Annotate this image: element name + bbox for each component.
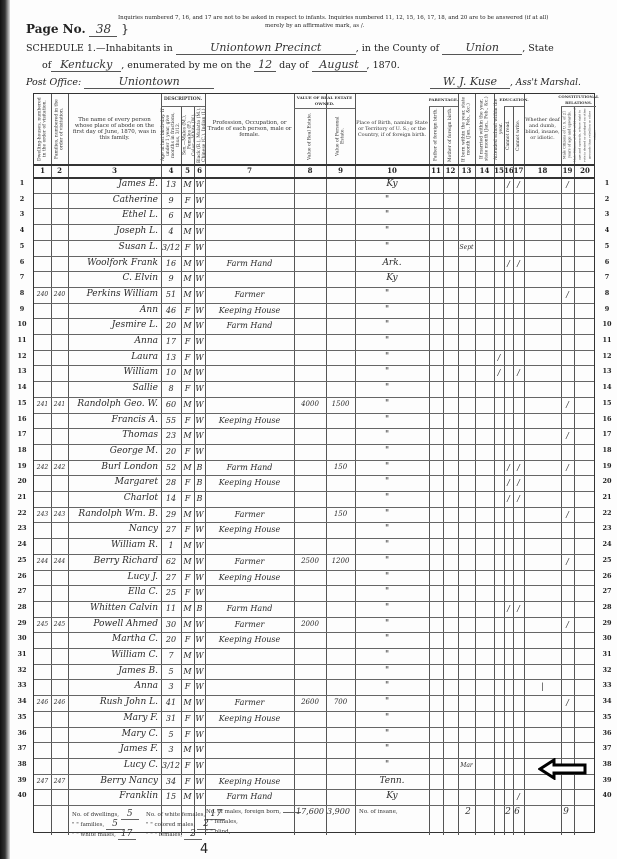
person-name: Powell Ahmed	[68, 617, 161, 632]
real-estate-value	[294, 350, 326, 365]
attended-school	[494, 522, 504, 537]
attended-school	[494, 554, 504, 569]
person-name: Nancy	[68, 522, 161, 537]
dwelling-number	[34, 444, 51, 459]
line-number-right: 34	[596, 694, 617, 709]
born-month	[458, 554, 475, 569]
col-head-vote-denied: Male Citizens of U. S. of 21 years of ag…	[574, 106, 596, 164]
sex: F	[181, 444, 194, 459]
line-number-left: 11	[11, 333, 33, 348]
line-number-right: 40	[596, 788, 617, 803]
column-number: 3	[68, 164, 161, 177]
sex: M	[181, 664, 194, 679]
line-number-right: 3	[596, 207, 617, 222]
dwelling-number	[34, 224, 51, 239]
group-head-parentage: PARENTAGE.	[429, 94, 458, 106]
cannot-read: /	[504, 475, 513, 490]
citizen-mark	[561, 334, 574, 349]
cannot-read	[504, 774, 513, 789]
dwelling-number: 241	[34, 397, 51, 412]
disability	[524, 350, 561, 365]
state-label: , State	[522, 43, 553, 54]
born-month	[458, 507, 475, 522]
disability	[524, 570, 561, 585]
born-month	[458, 538, 475, 553]
day-of-label: day of	[279, 60, 308, 71]
summary-blind: " " blind,	[206, 829, 230, 835]
born-month	[458, 444, 475, 459]
disability	[524, 177, 561, 192]
line-number-left: 24	[11, 537, 33, 552]
sex: M	[181, 601, 194, 616]
cannot-read: /	[504, 256, 513, 271]
color: W	[194, 554, 205, 569]
birthplace: "	[355, 522, 429, 537]
line-number-right: 9	[596, 302, 617, 317]
personal-estate-value	[326, 318, 355, 333]
personal-estate-value	[326, 679, 355, 694]
page-no-value: 38	[89, 22, 117, 37]
age: 27	[161, 570, 181, 585]
citizen-mark	[561, 522, 574, 537]
dwelling-number	[34, 491, 51, 506]
line-number-left: 39	[11, 773, 33, 788]
white-males-value: 17	[118, 829, 136, 840]
line-number-right: 28	[596, 600, 617, 615]
sex: F	[181, 632, 194, 647]
age: 34	[161, 774, 181, 789]
real-estate-value	[294, 742, 326, 757]
occupation: Keeping House	[205, 413, 294, 428]
col-head-born-within-year: If born within the year, state month (Ja…	[458, 94, 475, 164]
line-number-left: 12	[11, 349, 33, 364]
col-head-mother-foreign: Mother of foreign birth.	[443, 106, 458, 164]
personal-estate-value	[326, 789, 355, 804]
summary-col17: 6	[513, 807, 521, 817]
disability	[524, 193, 561, 208]
disability	[524, 397, 561, 412]
cannot-write	[513, 208, 524, 223]
age: 13	[161, 177, 181, 192]
age: 46	[161, 303, 181, 318]
dwelling-number	[34, 601, 51, 616]
person-name: William	[68, 365, 161, 380]
cannot-read	[504, 318, 513, 333]
birthplace: "	[355, 570, 429, 585]
col-head-attended-school: Attended school within the year.	[494, 94, 504, 164]
dwelling-number	[34, 240, 51, 255]
sex: M	[181, 208, 194, 223]
line-number-right: 16	[596, 412, 617, 427]
sex: F	[181, 350, 194, 365]
dwelling-number	[34, 758, 51, 773]
sex: M	[181, 256, 194, 271]
occupation	[205, 758, 294, 773]
attended-school	[494, 774, 504, 789]
census-table: Dwelling-houses, numbered in the order o…	[33, 93, 595, 833]
cannot-read	[504, 350, 513, 365]
blind-label: " " blind,	[206, 829, 230, 835]
dwelling-number	[34, 271, 51, 286]
line-number-right: 10	[596, 317, 617, 332]
cannot-read	[504, 271, 513, 286]
citizen-mark	[561, 742, 574, 757]
color: W	[194, 570, 205, 585]
born-month	[458, 318, 475, 333]
disability	[524, 365, 561, 380]
attended-school	[494, 570, 504, 585]
disability	[524, 695, 561, 710]
line-number-right: 38	[596, 757, 617, 772]
family-number	[51, 224, 68, 239]
personal-estate-value: 150	[326, 507, 355, 522]
citizen-mark: /	[561, 177, 574, 192]
line-number-left: 35	[11, 710, 33, 725]
cannot-read	[504, 570, 513, 585]
cannot-write	[513, 648, 524, 663]
insane-label: No. of insane,	[359, 809, 398, 815]
born-month	[458, 334, 475, 349]
cannot-write: /	[513, 475, 524, 490]
person-name: Ella C.	[68, 585, 161, 600]
born-month	[458, 711, 475, 726]
real-estate-value	[294, 648, 326, 663]
person-name: Ethel L.	[68, 208, 161, 223]
person-name: Perkins William	[68, 287, 161, 302]
day-value: 12	[254, 58, 276, 72]
personal-estate-value	[326, 774, 355, 789]
occupation: Farm Hand	[205, 256, 294, 271]
attended-school	[494, 601, 504, 616]
dwelling-number: 247	[34, 774, 51, 789]
attended-school	[494, 758, 504, 773]
disability	[524, 617, 561, 632]
occupation: Farm Hand	[205, 789, 294, 804]
line-number-right: 33	[596, 678, 617, 693]
citizen-mark	[561, 365, 574, 380]
row-divider	[34, 805, 594, 806]
month-value: August	[312, 58, 367, 72]
sex: F	[181, 491, 194, 506]
family-number: 247	[51, 774, 68, 789]
line-number-left: 18	[11, 443, 33, 458]
occupation	[205, 271, 294, 286]
personal-estate-value	[326, 303, 355, 318]
column-number: 15	[494, 164, 504, 177]
col-head-name: The name of every person whose place of …	[68, 94, 161, 164]
personal-estate-value	[326, 570, 355, 585]
birthplace: "	[355, 585, 429, 600]
column-number: 11	[429, 164, 443, 177]
summary-colored-females: " " " females, 2	[146, 829, 202, 840]
person-name: Anna	[68, 334, 161, 349]
occupation	[205, 208, 294, 223]
column-number: 10	[355, 164, 429, 177]
col-head-dwelling: Dwelling-houses, numbered in the order o…	[34, 94, 51, 164]
cannot-write: /	[513, 601, 524, 616]
cannot-write	[513, 711, 524, 726]
age: 60	[161, 397, 181, 412]
citizen-mark	[561, 303, 574, 318]
cannot-write	[513, 617, 524, 632]
attended-school	[494, 679, 504, 694]
disability	[524, 507, 561, 522]
occupation	[205, 334, 294, 349]
column-number: 16	[504, 164, 513, 177]
age: 27	[161, 522, 181, 537]
occupation	[205, 224, 294, 239]
person-name: Mary C.	[68, 727, 161, 742]
birthplace: "	[355, 428, 429, 443]
color: W	[194, 695, 205, 710]
occupation: Farmer	[205, 507, 294, 522]
real-estate-total: 17,600	[296, 807, 324, 816]
person-name: Laura	[68, 350, 161, 365]
age: 9	[161, 271, 181, 286]
dwelling-number	[34, 522, 51, 537]
sex: M	[181, 177, 194, 192]
real-estate-value	[294, 507, 326, 522]
sex: F	[181, 727, 194, 742]
cannot-read	[504, 303, 513, 318]
page-number: Page No. 38 }	[26, 22, 129, 37]
cannot-read	[504, 428, 513, 443]
schedule-label: SCHEDULE 1.—Inhabitants in	[26, 43, 173, 54]
birthplace: "	[355, 664, 429, 679]
summary-insane: No. of insane,	[359, 809, 398, 815]
personal-estate-value	[326, 585, 355, 600]
occupation: Keeping House	[205, 303, 294, 318]
family-number	[51, 271, 68, 286]
age: 51	[161, 287, 181, 302]
age: 17	[161, 334, 181, 349]
line-number-right: 30	[596, 631, 617, 646]
cannot-read	[504, 617, 513, 632]
born-month	[458, 381, 475, 396]
cannot-read	[504, 240, 513, 255]
citizen-mark	[561, 350, 574, 365]
dwelling-number	[34, 350, 51, 365]
cannot-read	[504, 727, 513, 742]
attended-school: /	[494, 365, 504, 380]
birthplace: "	[355, 475, 429, 490]
cannot-read: /	[504, 491, 513, 506]
real-estate-value	[294, 208, 326, 223]
sex: M	[181, 507, 194, 522]
occupation	[205, 177, 294, 192]
sex: F	[181, 240, 194, 255]
color: W	[194, 444, 205, 459]
age: 11	[161, 601, 181, 616]
born-month	[458, 522, 475, 537]
cannot-write	[513, 193, 524, 208]
birthplace: "	[355, 224, 429, 239]
born-month	[458, 727, 475, 742]
birthplace: "	[355, 554, 429, 569]
born-month	[458, 475, 475, 490]
line-number-left: 9	[11, 302, 33, 317]
enumerated-label: , enumerated by me on the	[121, 60, 251, 71]
birthplace: "	[355, 679, 429, 694]
birthplace: Ark.	[355, 256, 429, 271]
birthplace: "	[355, 711, 429, 726]
born-month	[458, 570, 475, 585]
cannot-read: /	[504, 601, 513, 616]
county-value: Union	[442, 41, 522, 55]
age: 20	[161, 632, 181, 647]
cannot-read	[504, 444, 513, 459]
disability	[524, 334, 561, 349]
sex: M	[181, 428, 194, 443]
dwelling-number	[34, 193, 51, 208]
real-estate-value	[294, 491, 326, 506]
disability	[524, 208, 561, 223]
occupation	[205, 350, 294, 365]
line-number-left: 23	[11, 521, 33, 536]
real-estate-value: 2600	[294, 695, 326, 710]
birthplace: "	[355, 648, 429, 663]
sex: M	[181, 397, 194, 412]
citizen-mark	[561, 444, 574, 459]
personal-estate-value	[326, 365, 355, 380]
line-number-left: 26	[11, 569, 33, 584]
occupation: Farm Hand	[205, 318, 294, 333]
citizen-mark	[561, 413, 574, 428]
attended-school	[494, 397, 504, 412]
cannot-read: /	[504, 460, 513, 475]
person-name: Randolph Wm. B.	[68, 507, 161, 522]
color: W	[194, 381, 205, 396]
line-number-left: 19	[11, 459, 33, 474]
real-estate-value	[294, 522, 326, 537]
col-head-father-foreign: Father of foreign birth.	[429, 106, 443, 164]
line-number-right: 37	[596, 741, 617, 756]
color: W	[194, 664, 205, 679]
family-number	[51, 350, 68, 365]
attended-school	[494, 632, 504, 647]
column-number: 20	[574, 164, 596, 177]
birthplace: Ky	[355, 789, 429, 804]
personal-estate-value	[326, 632, 355, 647]
person-name: Ann	[68, 303, 161, 318]
disability	[524, 256, 561, 271]
attended-school: /	[494, 350, 504, 365]
real-estate-value	[294, 789, 326, 804]
born-month	[458, 679, 475, 694]
disability	[524, 742, 561, 757]
age: 8	[161, 381, 181, 396]
occupation: Farmer	[205, 617, 294, 632]
line-number-left: 38	[11, 757, 33, 772]
cannot-read	[504, 413, 513, 428]
cannot-read	[504, 208, 513, 223]
attended-school	[494, 208, 504, 223]
family-number	[51, 789, 68, 804]
color: W	[194, 208, 205, 223]
color: W	[194, 334, 205, 349]
column-number: 9	[326, 164, 355, 177]
color: W	[194, 240, 205, 255]
cannot-read	[504, 365, 513, 380]
personal-estate-value	[326, 601, 355, 616]
family-number: 242	[51, 460, 68, 475]
column-number: 5	[181, 164, 194, 177]
foreign-born-label: No. of males, foreign born,	[206, 809, 281, 815]
attended-school	[494, 742, 504, 757]
birthplace: "	[355, 758, 429, 773]
personal-estate-value	[326, 428, 355, 443]
dwelling-number	[34, 679, 51, 694]
disability	[524, 601, 561, 616]
cannot-write	[513, 240, 524, 255]
citizen-mark: /	[561, 428, 574, 443]
color: W	[194, 177, 205, 192]
family-number: 245	[51, 617, 68, 632]
occupation: Keeping House	[205, 632, 294, 647]
cannot-write	[513, 444, 524, 459]
dwelling-number	[34, 365, 51, 380]
color: W	[194, 193, 205, 208]
instructions-line2: merely by an affirmative mark, as /.	[265, 23, 364, 29]
line-number-left: 7	[11, 270, 33, 285]
person-name: Francis A.	[68, 413, 161, 428]
age: 3/12	[161, 240, 181, 255]
person-name: Joseph L.	[68, 224, 161, 239]
citizen-mark	[561, 789, 574, 804]
family-number	[51, 570, 68, 585]
attended-school	[494, 460, 504, 475]
family-number	[51, 240, 68, 255]
person-name: Franklin	[68, 789, 161, 804]
column-number: 6	[194, 164, 205, 177]
dwelling-number	[34, 538, 51, 553]
line-number-left: 14	[11, 380, 33, 395]
color: W	[194, 365, 205, 380]
line-number-right: 7	[596, 270, 617, 285]
disability	[524, 381, 561, 396]
real-estate-value	[294, 585, 326, 600]
person-name: Burl London	[68, 460, 161, 475]
occupation: Keeping House	[205, 711, 294, 726]
sex: F	[181, 381, 194, 396]
attended-school	[494, 538, 504, 553]
family-number	[51, 742, 68, 757]
personal-estate-value	[326, 475, 355, 490]
born-month	[458, 350, 475, 365]
column-number: 2	[51, 164, 68, 177]
personal-estate-value	[326, 256, 355, 271]
sex: F	[181, 585, 194, 600]
person-name: James B.	[68, 664, 161, 679]
line-number-left: 31	[11, 647, 33, 662]
person-name: James E.	[68, 177, 161, 192]
family-number	[51, 758, 68, 773]
sex: F	[181, 774, 194, 789]
age: 31	[161, 711, 181, 726]
line-number-right: 32	[596, 663, 617, 678]
occupation	[205, 365, 294, 380]
occupation	[205, 193, 294, 208]
sex: F	[181, 522, 194, 537]
personal-estate-value	[326, 177, 355, 192]
line-number-right: 39	[596, 773, 617, 788]
cannot-write	[513, 585, 524, 600]
col19-total: 9	[562, 807, 570, 817]
born-month	[458, 617, 475, 632]
birthplace: "	[355, 444, 429, 459]
real-estate-value	[294, 460, 326, 475]
cannot-read	[504, 381, 513, 396]
